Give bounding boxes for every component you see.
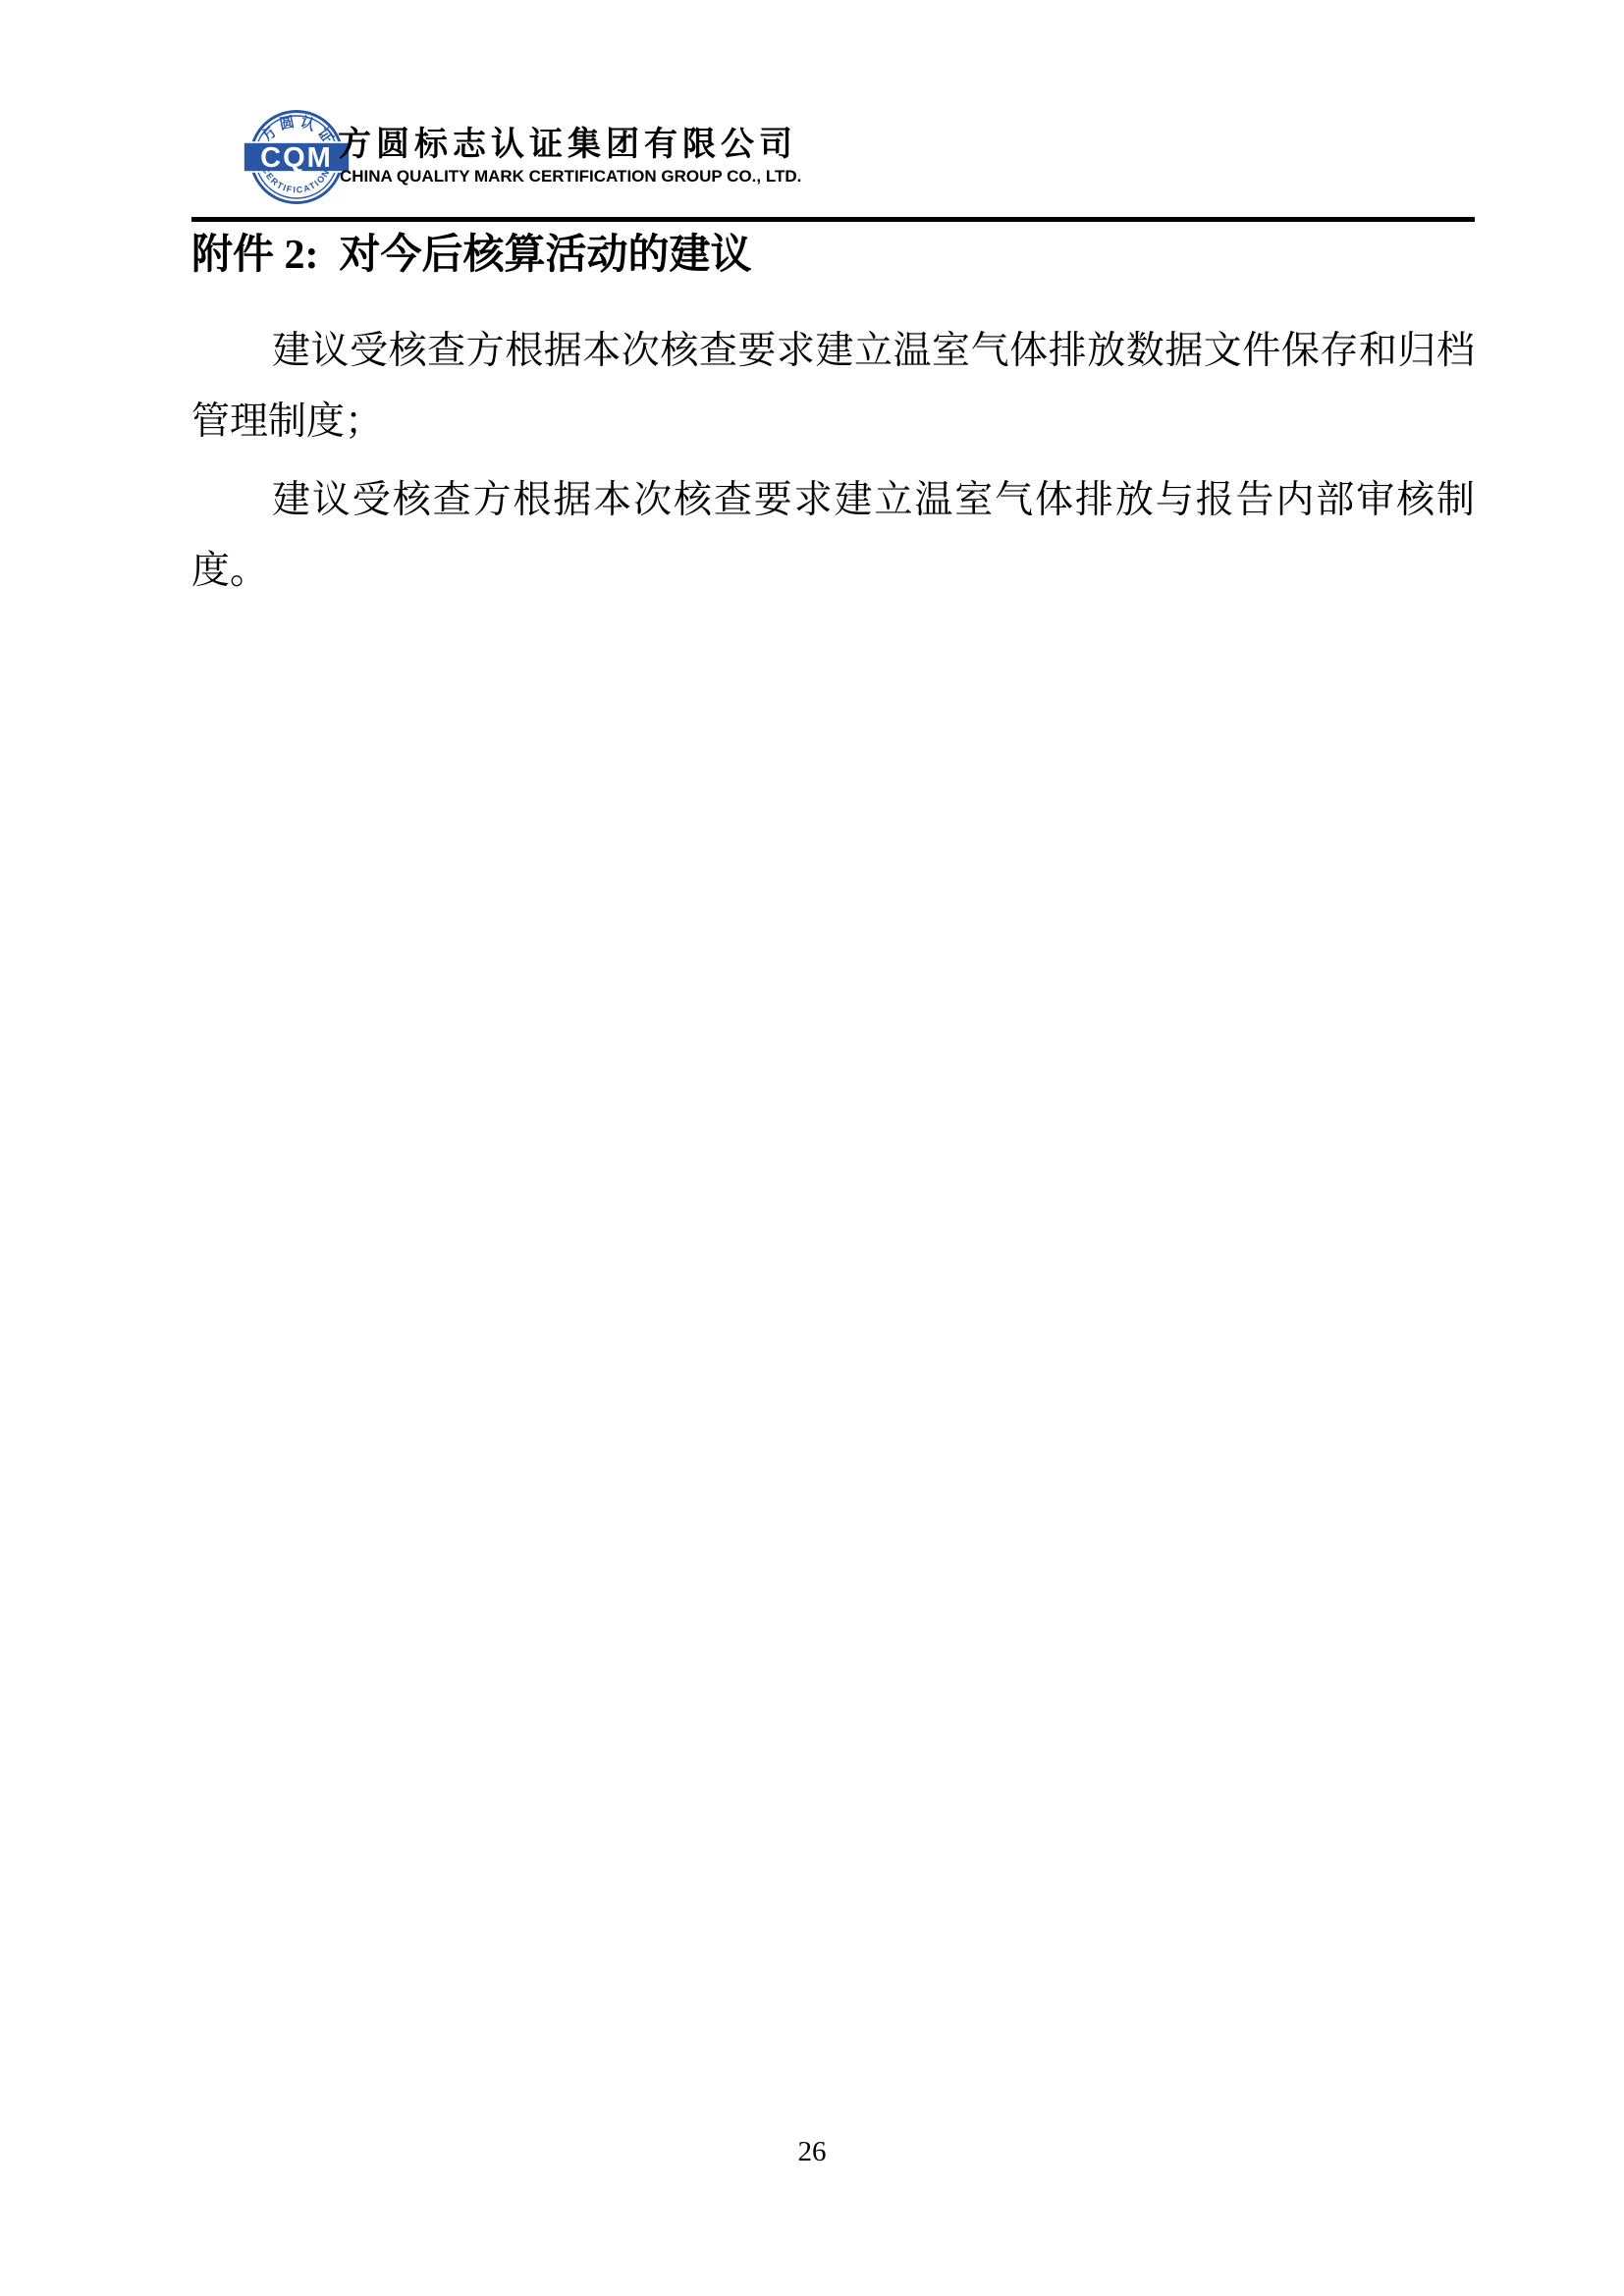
- paragraph-line: 建议受核查方根据本次核查要求建立温室气体排放与报告内部审核制: [191, 465, 1475, 536]
- paragraph-archive-recommendation: 建议受核查方根据本次核查要求建立温室气体排放数据文件保存和归档 管理制度；: [191, 316, 1475, 457]
- page-number: 26: [0, 2136, 1624, 2168]
- paragraph-line: 管理制度；: [191, 387, 1475, 457]
- header-divider-line: [191, 217, 1475, 222]
- logo-acronym: CQM: [260, 142, 333, 174]
- paragraph-line: 度。: [191, 536, 1475, 607]
- company-name-english: CHINA QUALITY MARK CERTIFICATION GROUP C…: [340, 166, 929, 187]
- document-page: 方圆认证 CQM CERTIFICATION 方圆标志认证集团有限公司 CHIN…: [0, 0, 1624, 2296]
- company-name-chinese: 方圆标志认证集团有限公司: [338, 126, 888, 165]
- attachment-heading: 附件 2: 对今后核算活动的建议: [191, 228, 1475, 283]
- paragraph-internal-audit-recommendation: 建议受核查方根据本次核查要求建立温室气体排放与报告内部审核制 度。: [191, 465, 1475, 607]
- cqm-logo-icon: 方圆认证 CQM CERTIFICATION: [242, 108, 352, 206]
- paragraph-line: 建议受核查方根据本次核查要求建立温室气体排放数据文件保存和归档: [191, 316, 1475, 387]
